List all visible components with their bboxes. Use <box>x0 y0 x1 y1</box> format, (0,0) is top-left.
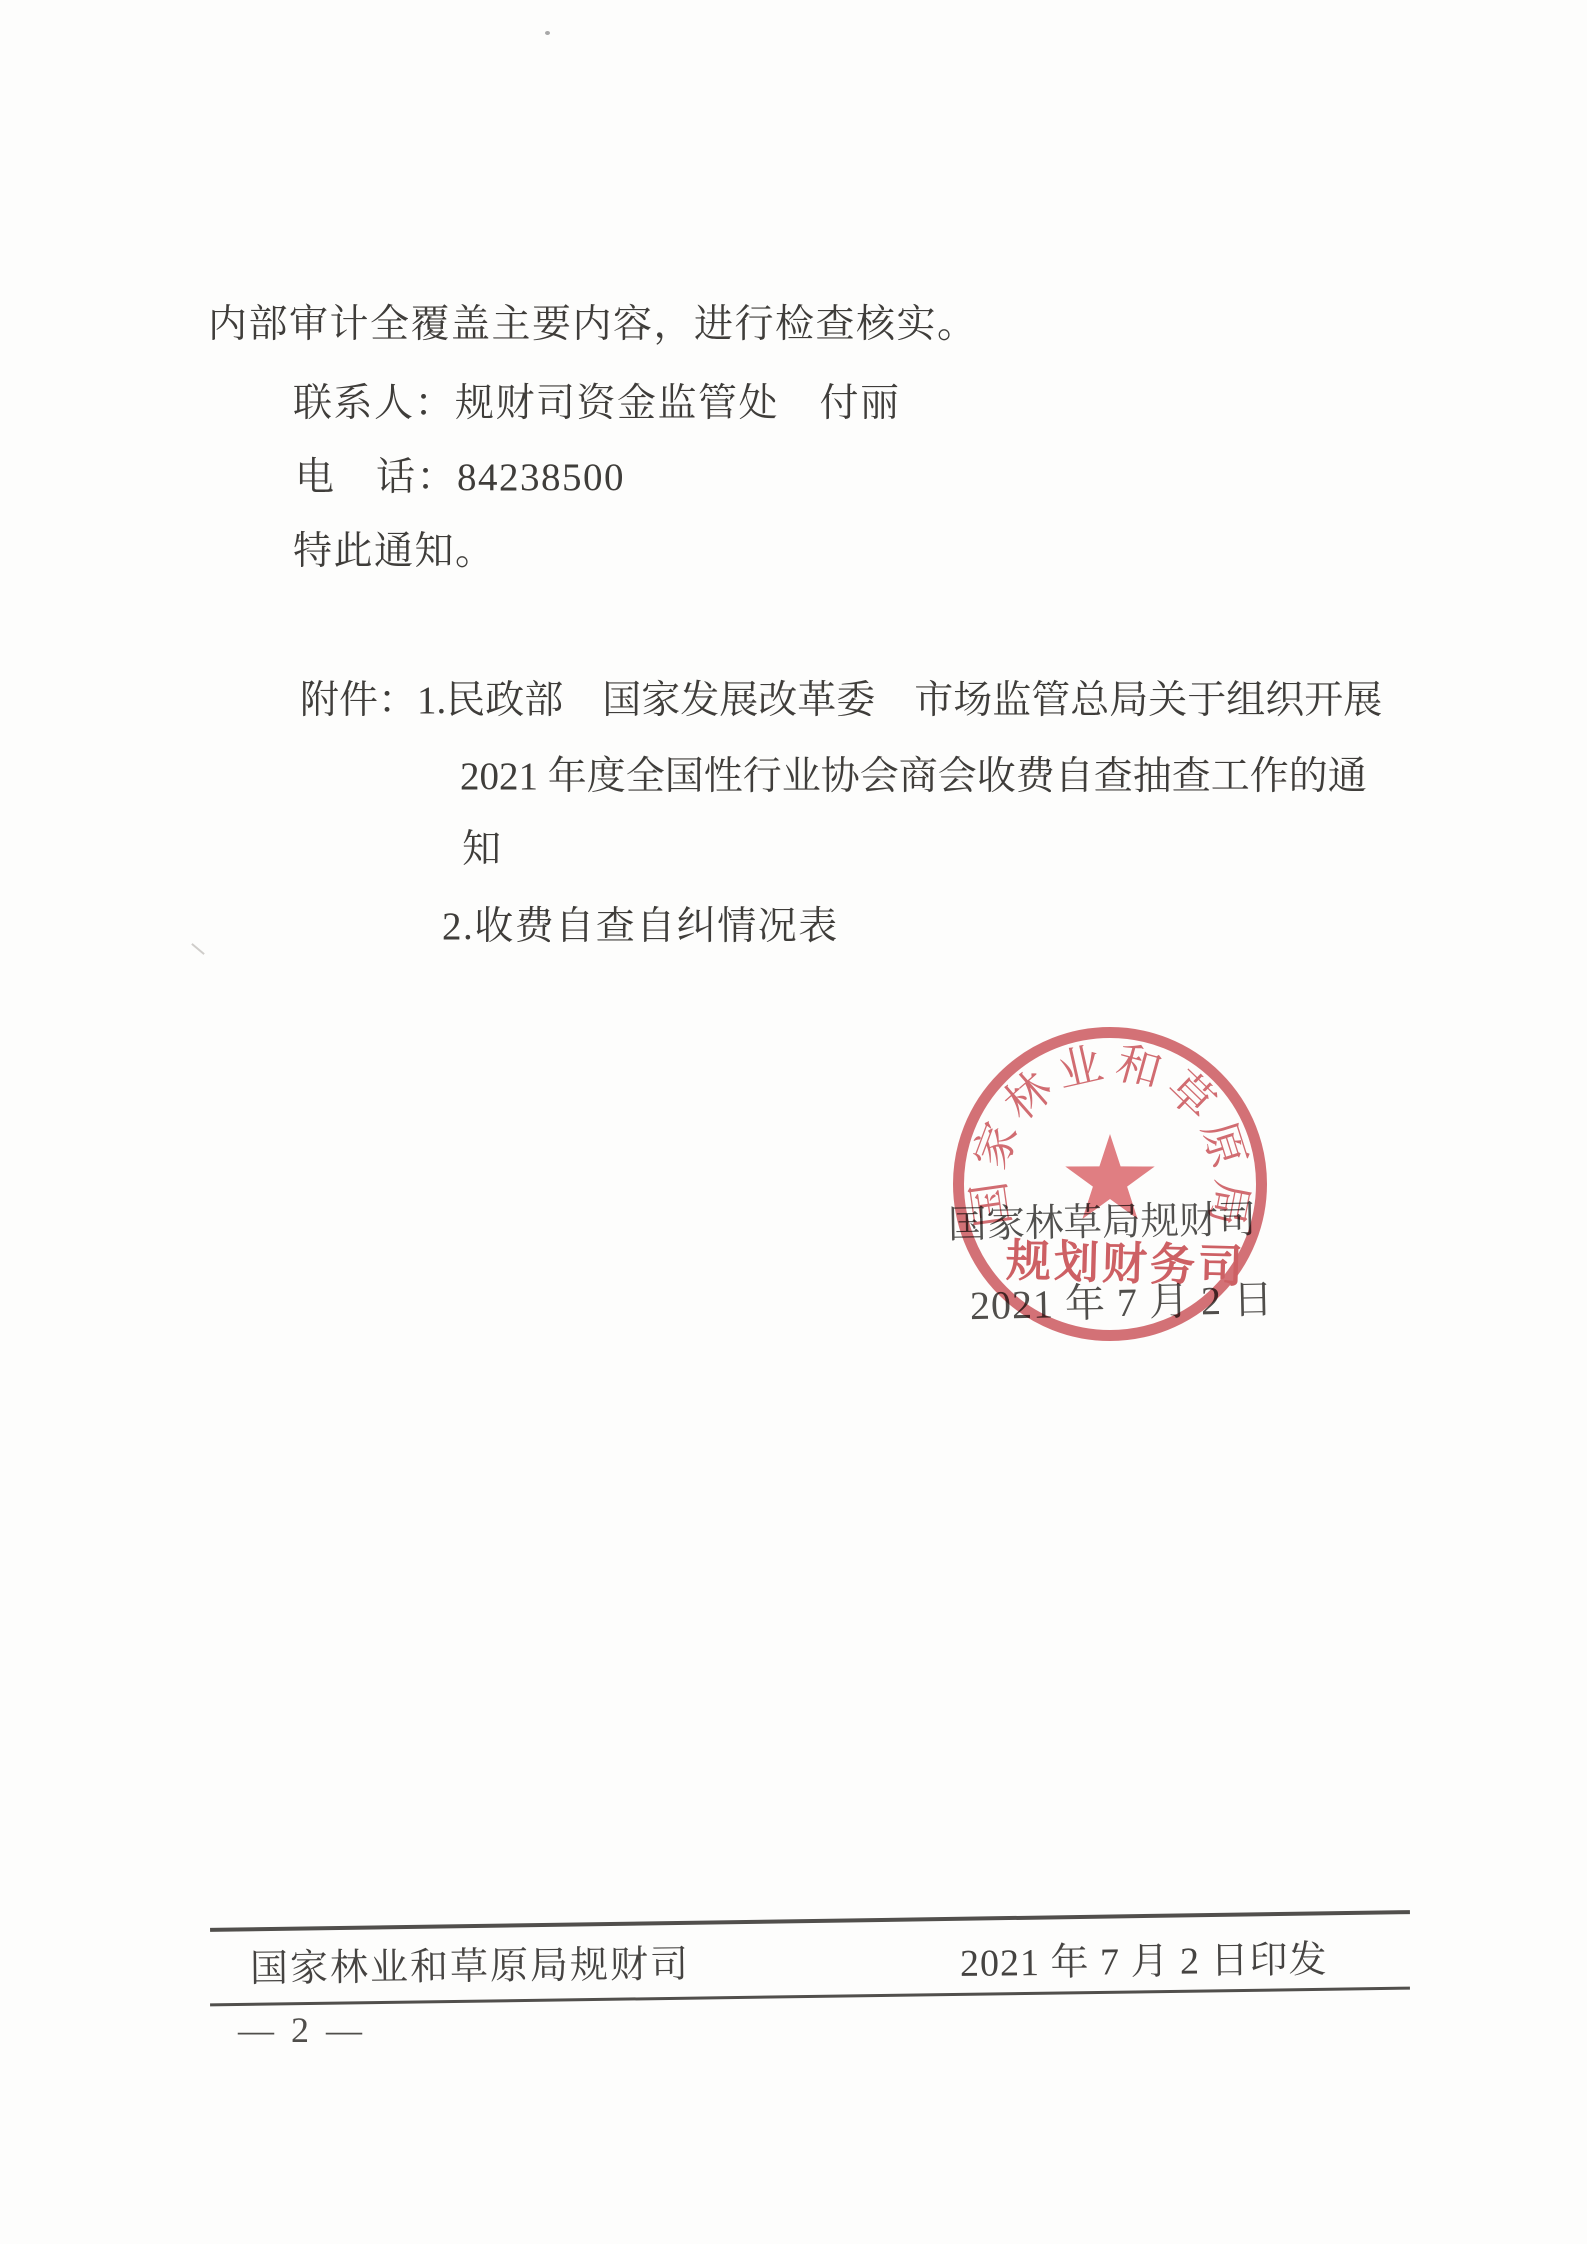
attachment-item-2: 2.收费自查自纠情况表 <box>442 907 839 946</box>
footer-bottom-rule <box>210 1987 1410 2007</box>
scan-speck <box>545 31 550 35</box>
seal-star <box>1065 1134 1154 1219</box>
seal-department-text: 规划财务司 <box>1005 1239 1246 1290</box>
page-number: — 2 — <box>238 2012 366 2048</box>
official-seal: 国家林业和草原局 规划财务司 <box>940 1014 1280 1354</box>
contact-line: 联系人：规财司资金监管处 付丽 <box>293 384 901 423</box>
body-line-closing: 内部审计全覆盖主要内容，进行检查核实。 <box>208 305 978 344</box>
phone-line: 电 话：84238500 <box>295 458 625 497</box>
document-page: 内部审计全覆盖主要内容，进行检查核实。 联系人：规财司资金监管处 付丽 电 话：… <box>0 0 1587 2244</box>
scan-smudge <box>191 943 205 955</box>
footer-top-rule <box>210 1910 1410 1932</box>
attachment-line-3: 知 <box>462 830 503 869</box>
footer-issuer: 国家林业和草原局规财司 <box>250 1946 690 1989</box>
notice-line: 特此通知。 <box>293 532 496 571</box>
attachment-line-1: 附件：1.民政部 国家发展改革委 市场监管总局关于组织开展 <box>300 681 1382 720</box>
seal-graphic: 国家林业和草原局 <box>940 1014 1280 1354</box>
attachment-line-2: 2021 年度全国性行业协会商会收费自查抽查工作的通 <box>460 757 1367 796</box>
footer-print-date: 2021 年 7 月 2 日印发 <box>960 1941 1328 1983</box>
